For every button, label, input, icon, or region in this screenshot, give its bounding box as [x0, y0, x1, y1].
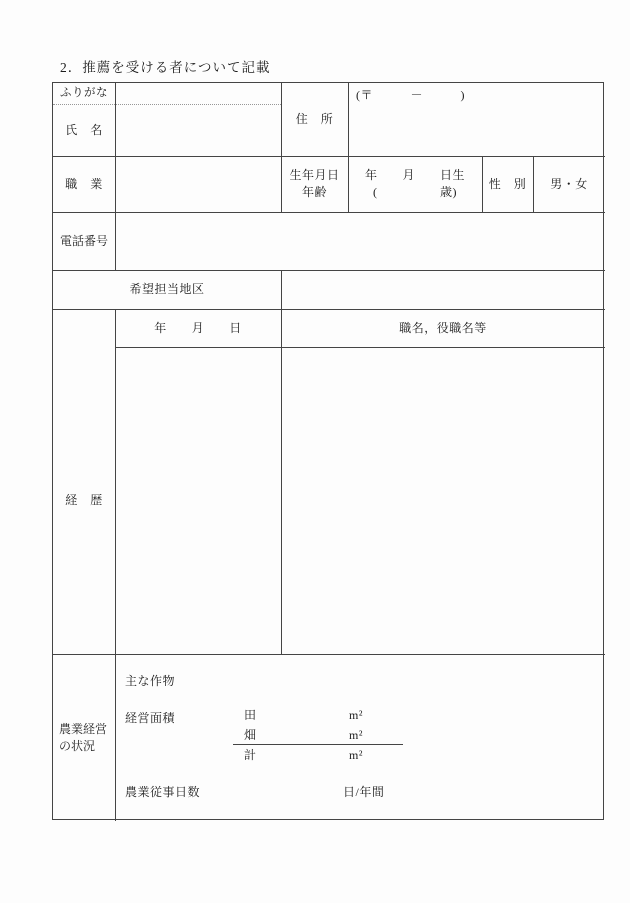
- birthdate-label-line2: 年齢: [302, 184, 327, 201]
- farming-status-label: 農業経営 の状況: [53, 654, 115, 821]
- name-input-area: [115, 104, 281, 156]
- phone-label: 電話番号: [53, 212, 115, 270]
- career-date-header: 年 月 日: [115, 309, 281, 347]
- area-row-field-unit: m²: [349, 726, 363, 744]
- farming-label-line2: の状況: [59, 738, 95, 755]
- recommendation-form-table: ふりがな 氏 名 住 所 (〒 － ) 職 業 生年月日 年齢 年 月 日生 (…: [52, 82, 604, 820]
- farming-days-unit: 日/年間: [343, 783, 384, 801]
- name-label: 氏 名: [53, 104, 115, 156]
- occupation-input-area: [115, 156, 281, 212]
- birthdate-value-line1: 年 月 日生: [365, 167, 465, 184]
- farming-status-content: 主な作物 経営面積 田 m² 畑 m² 計 m² 農業従事日数 日/年間: [115, 654, 605, 821]
- farming-label-line1: 農業経営: [59, 721, 107, 738]
- area-row-total-label: 計: [244, 746, 257, 764]
- address-label: 住 所: [281, 83, 348, 156]
- career-label: 経 歴: [53, 347, 115, 654]
- district-label: 希望担当地区: [53, 270, 281, 309]
- occupation-label: 職 業: [53, 156, 115, 212]
- document-page: 2．推薦を受ける者について記載 ふりがな 氏 名 住 所 (〒 － ) 職 業 …: [0, 0, 630, 903]
- area-row-paddy-unit: m²: [349, 706, 363, 724]
- gender-options: 男・女: [533, 156, 605, 212]
- birthdate-age-label: 生年月日 年齢: [281, 156, 348, 212]
- main-crops-label: 主な作物: [125, 672, 175, 690]
- furigana-label: ふりがな: [53, 83, 115, 104]
- phone-input-area: [115, 212, 605, 270]
- area-row-paddy-label: 田: [244, 706, 257, 724]
- farming-days-label: 農業従事日数: [125, 783, 200, 801]
- postal-code-line: (〒 － ): [356, 86, 465, 104]
- birthdate-value-line2: ( 歳): [373, 184, 457, 201]
- address-input-area: [348, 105, 605, 156]
- career-position-input-area: [281, 347, 605, 654]
- district-input-area: [281, 270, 605, 309]
- area-row-total-unit: m²: [349, 746, 363, 764]
- furigana-input-area: [115, 83, 281, 104]
- gender-label: 性 別: [482, 156, 533, 212]
- birthdate-label-line1: 生年月日: [289, 167, 339, 184]
- area-label: 経営面積: [125, 709, 175, 727]
- career-date-input-area: [115, 347, 281, 654]
- section-title: 2．推薦を受ける者について記載: [60, 56, 270, 76]
- area-total-line: [233, 744, 403, 745]
- birthdate-value-area: 年 月 日生 ( 歳): [348, 156, 482, 212]
- area-row-field-label: 畑: [244, 726, 257, 744]
- career-position-header: 職名，役職名等: [281, 309, 605, 347]
